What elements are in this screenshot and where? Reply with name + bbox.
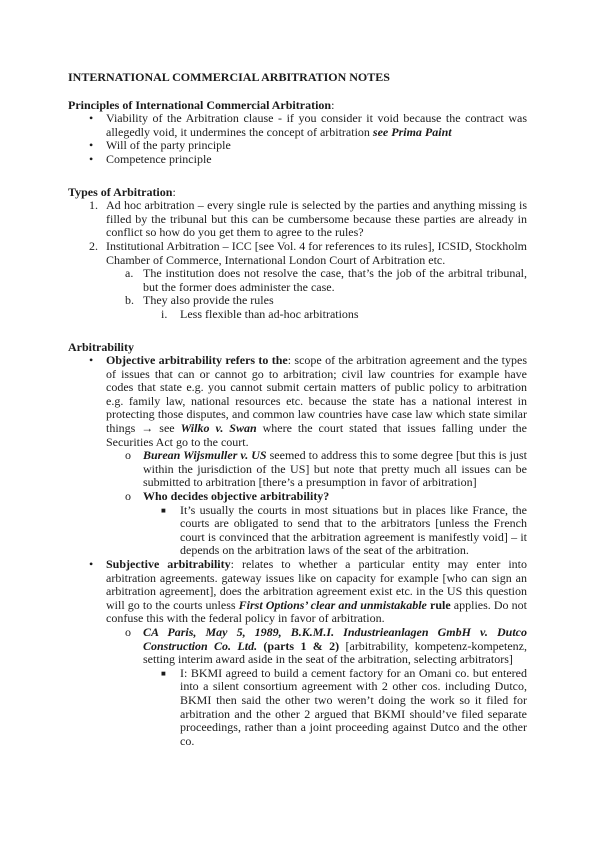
- text-run: see Prima Paint: [373, 125, 452, 139]
- section-heading: Principles of International Commercial A…: [68, 99, 527, 113]
- document-title: INTERNATIONAL COMMERCIAL ARBITRATION NOT…: [68, 71, 527, 85]
- list-item: b.They also provide the rules: [68, 294, 527, 308]
- text-run: rule: [427, 598, 451, 612]
- text-run: It’s usually the courts in most situatio…: [180, 503, 527, 558]
- text-run: Principles of International Commercial A…: [68, 98, 331, 112]
- bullet-marker: •: [89, 153, 93, 167]
- list-letter-marker: a.: [125, 267, 133, 281]
- paragraph-gap: [68, 322, 527, 341]
- list-item: ■It’s usually the courts in most situati…: [68, 504, 527, 558]
- square-marker: ■: [161, 504, 166, 518]
- text-run: They also provide the rules: [143, 293, 274, 307]
- text-run: :: [331, 98, 334, 112]
- document-content: INTERNATIONAL COMMERCIAL ARBITRATION NOT…: [68, 71, 527, 748]
- text-run: The institution does not resolve the cas…: [143, 266, 527, 294]
- list-roman-marker: i.: [161, 308, 167, 322]
- text-run: Less flexible than ad-hoc arbitrations: [180, 307, 359, 321]
- circle-marker: o: [125, 626, 131, 640]
- list-item: •Objective arbitrability refers to the: …: [68, 354, 527, 449]
- document-page: INTERNATIONAL COMMERCIAL ARBITRATION NOT…: [0, 0, 595, 842]
- list-item: oCA Paris, May 5, 1989, B.K.M.I. Industr…: [68, 626, 527, 667]
- paragraph-gap: [68, 85, 527, 99]
- text-run: INTERNATIONAL COMMERCIAL ARBITRATION NOT…: [68, 70, 390, 84]
- text-run: Wilko v. Swan: [181, 421, 257, 435]
- text-run: (parts 1 & 2): [257, 639, 339, 653]
- text-run: Institutional Arbitration – ICC [see Vol…: [106, 239, 527, 267]
- text-run: First Options’ clear and unmistakable: [239, 598, 427, 612]
- bullet-marker: •: [89, 139, 93, 153]
- text-run: Burean Wijsmuller v. US: [143, 448, 267, 462]
- list-number-marker: 1.: [89, 199, 98, 213]
- text-run: Subjective arbitrability: [106, 557, 231, 571]
- section-heading: Arbitrability: [68, 341, 527, 355]
- text-run: Ad hoc arbitration – every single rule i…: [106, 198, 527, 239]
- list-item: ■I: BKMI agreed to build a cement factor…: [68, 667, 527, 749]
- text-run: Types of Arbitration: [68, 185, 172, 199]
- bullet-marker: •: [89, 558, 93, 572]
- list-item: •Viability of the Arbitration clause - i…: [68, 112, 527, 139]
- circle-marker: o: [125, 490, 131, 504]
- circle-marker: o: [125, 449, 131, 463]
- list-item: •Subjective arbitrability: relates to wh…: [68, 558, 527, 626]
- list-item: oWho decides objective arbitrability?: [68, 490, 527, 504]
- text-run: Competence principle: [106, 152, 212, 166]
- text-run: I: BKMI agreed to build a cement factory…: [180, 666, 527, 748]
- bullet-marker: •: [89, 354, 93, 368]
- square-marker: ■: [161, 667, 166, 681]
- list-item: 1.Ad hoc arbitration – every single rule…: [68, 199, 527, 240]
- text-run: Viability of the Arbitration clause - if…: [106, 111, 527, 139]
- bullet-marker: •: [89, 112, 93, 126]
- list-item: •Will of the party principle: [68, 139, 527, 153]
- list-item: •Competence principle: [68, 153, 527, 167]
- list-number-marker: 2.: [89, 240, 98, 254]
- text-run: Arbitrability: [68, 340, 134, 354]
- paragraph-gap: [68, 167, 527, 186]
- text-run: Who decides objective arbitrability?: [143, 489, 329, 503]
- list-item: 2.Institutional Arbitration – ICC [see V…: [68, 240, 527, 267]
- list-item: oBurean Wijsmuller v. US seemed to addre…: [68, 449, 527, 490]
- text-run: :: [172, 185, 175, 199]
- list-item: a.The institution does not resolve the c…: [68, 267, 527, 294]
- list-letter-marker: b.: [125, 294, 134, 308]
- section-heading: Types of Arbitration:: [68, 186, 527, 200]
- text-run: Will of the party principle: [106, 138, 231, 152]
- text-run: Objective arbitrability refers to the: [106, 353, 288, 367]
- list-item: i.Less flexible than ad-hoc arbitrations: [68, 308, 527, 322]
